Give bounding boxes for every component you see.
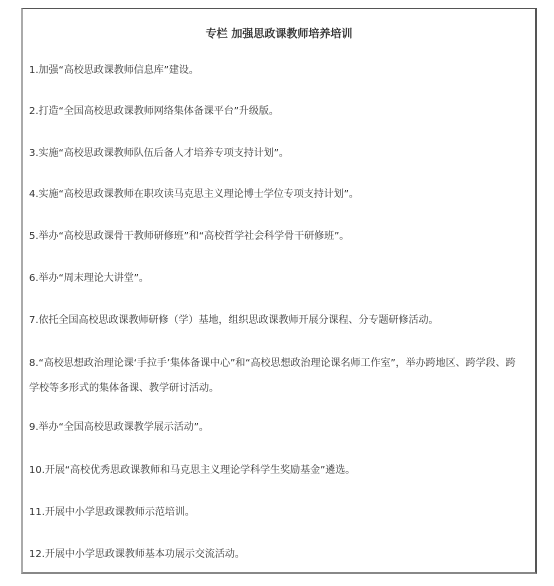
column-title: 专栏 加强思政课教师培养培训 (23, 25, 535, 41)
list-item: 5.举办“高校思政课骨干教师研修班”和“高校哲学社会科学骨干研修班”。 (29, 227, 525, 247)
list-item: 12.开展中小学思政课教师基本功展示交流活动。 (29, 545, 525, 565)
column-box: 专栏 加强思政课教师培养培训 1.加强“高校思政课教师信息库”建设。 2.打造“… (21, 8, 537, 574)
list-item: 2.打造“全国高校思政课教师网络集体备课平台”升级版。 (29, 102, 525, 122)
list-item: 7.依托全国高校思政课教师研修（学）基地，组织思政课教师开展分课程、分专题研修活… (29, 311, 525, 331)
list-item: 4.实施“高校思政课教师在职攻读马克思主义理论博士学位专项支持计划”。 (29, 185, 525, 205)
list-item: 8.“高校思想政治理论课‘手拉手’集体备课中心”和“高校思想政治理论课名师工作室… (29, 351, 525, 401)
list-item: 11.开展中小学思政课教师示范培训。 (29, 503, 525, 523)
list-item: 6.举办“周末理论大讲堂”。 (29, 269, 525, 289)
list-item: 3.实施“高校思政课教师队伍后备人才培养专项支持计划”。 (29, 144, 525, 164)
list-item: 10.开展“高校优秀思政课教师和马克思主义理论学科学生奖励基金”遴选。 (29, 461, 525, 481)
list-item: 9.举办“全国高校思政课教学展示活动”。 (29, 418, 525, 438)
list-item: 1.加强“高校思政课教师信息库”建设。 (29, 61, 525, 81)
